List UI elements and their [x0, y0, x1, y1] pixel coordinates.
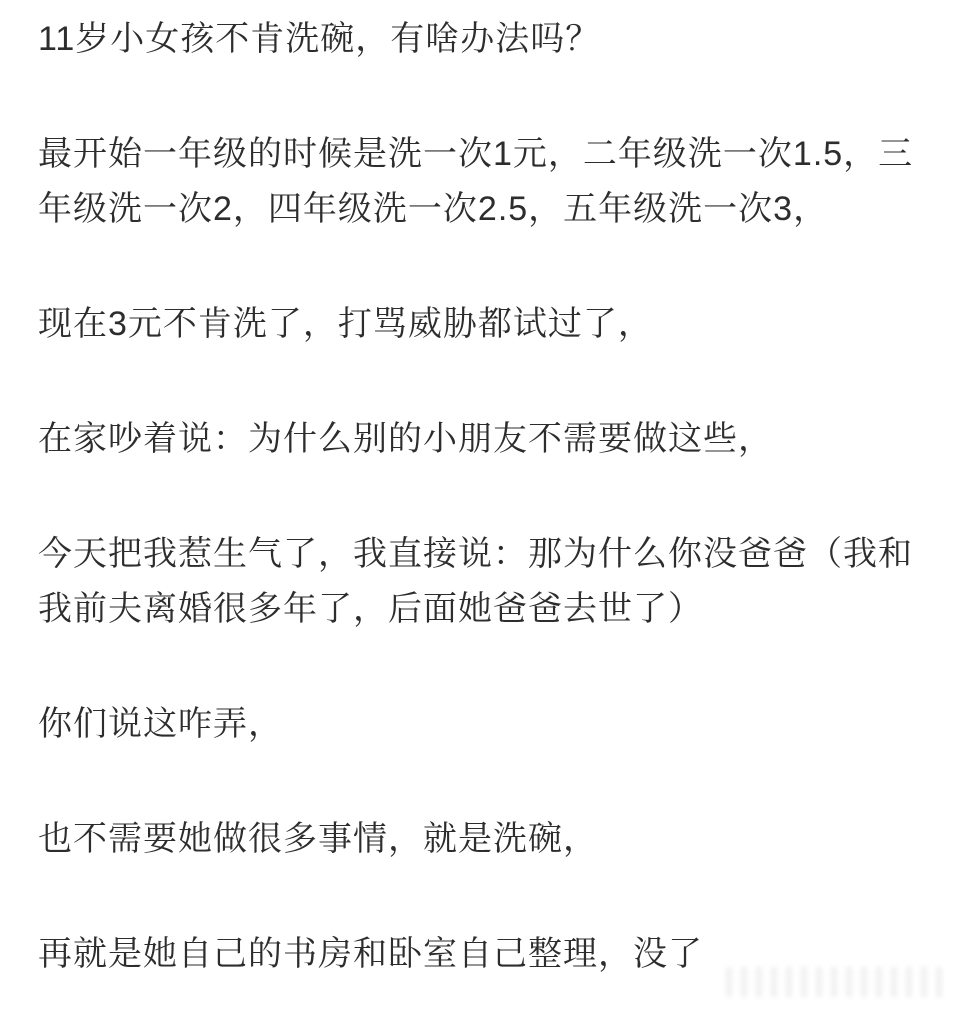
post-paragraph-chores: 也不需要她做很多事情，就是洗碗， [38, 812, 932, 867]
post-paragraph-angry-remark: 今天把我惹生气了，我直接说：那为什么你没爸爸（我和 我前夫离婚很多年了，后面她爸… [38, 527, 932, 637]
post-title: 11岁小女孩不肯洗碗，有啥办法吗？ [38, 12, 932, 67]
post-paragraph-argument: 在家吵着说：为什么别的小朋友不需要做这些， [38, 412, 932, 467]
post-paragraph-refusal: 现在3元不肯洗了，打骂威胁都试过了， [38, 297, 932, 352]
post-paragraph-question: 你们说这咋弄， [38, 697, 932, 752]
post-paragraph-grades: 最开始一年级的时候是洗一次1元，二年级洗一次1.5，三 年级洗一次2，四年级洗一… [38, 127, 932, 237]
post-paragraph-tidying: 再就是她自己的书房和卧室自己整理，没了 [38, 927, 932, 982]
post-content: 11岁小女孩不肯洗碗，有啥办法吗？ 最开始一年级的时候是洗一次1元，二年级洗一次… [0, 0, 960, 982]
